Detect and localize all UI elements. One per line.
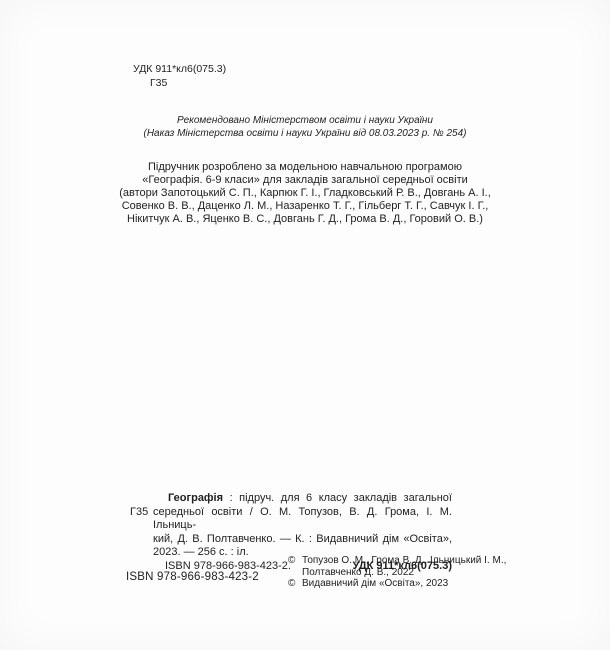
catalog-card-line: кий, Д. В. Полтавченко. — К. : Видавничи…: [153, 533, 452, 547]
program-note-line: «Географія. 6-9 класи» для закладів зага…: [0, 174, 610, 187]
copyright-line: Топузов О. М., Грома В. Д., Ільницький І…: [302, 555, 506, 567]
catalog-card-author-sign: Г35: [130, 506, 148, 520]
copyright-symbol: ©: [288, 555, 302, 578]
copyright-entry: © Видавничий дім «Освіта», 2023: [288, 578, 548, 590]
catalog-card-line: середньої освіти / О. М. Топузов, В. Д. …: [153, 506, 452, 533]
recommendation-order-line: (Наказ Міністерства освіти і науки Украї…: [0, 127, 610, 140]
copyright-text: Топузов О. М., Грома В. Д., Ільницький І…: [302, 555, 506, 578]
author-sign-code: Г35: [133, 76, 226, 90]
recommendation-line: Рекомендовано Міністерством освіти і нау…: [0, 114, 610, 127]
program-note-line: Нікитчук А. В., Яценко В. С., Довгань Г.…: [0, 213, 610, 226]
udk-code: УДК 911*кл6(075.3): [133, 62, 226, 76]
program-note-line: (автори Запотоцький С. П., Карпюк Г. І.,…: [0, 187, 610, 200]
copyright-block: © Топузов О. М., Грома В. Д., Ільницький…: [288, 555, 548, 590]
ministry-recommendation: Рекомендовано Міністерством освіти і нау…: [0, 114, 610, 140]
copyright-entry: © Топузов О. М., Грома В. Д., Ільницький…: [288, 555, 548, 578]
copyright-text: Видавничий дім «Освіта», 2023: [302, 578, 448, 590]
copyright-line: Видавничий дім «Освіта», 2023: [302, 578, 448, 590]
catalog-card-line-rest: : підруч. для 6 класу закладів загальної: [223, 492, 452, 504]
program-note-line: Совенко В. В., Даценко Л. М., Назаренко …: [0, 200, 610, 213]
model-program-note: Підручник розроблено за модельною навчал…: [0, 161, 610, 226]
catalog-card-line: Географія : підруч. для 6 класу закладів…: [153, 492, 452, 506]
udk-classification-block: УДК 911*кл6(075.3) Г35: [133, 62, 226, 90]
copyright-line: Полтавченко Д. В., 2022: [302, 567, 506, 579]
book-imprint-page: УДК 911*кл6(075.3) Г35 Рекомендовано Мін…: [0, 0, 610, 650]
book-title: Географія: [168, 492, 223, 504]
copyright-symbol: ©: [288, 578, 302, 590]
isbn-number: ISBN 978-966-983-423-2: [126, 571, 259, 583]
program-note-line: Підручник розроблено за модельною навчал…: [0, 161, 610, 174]
